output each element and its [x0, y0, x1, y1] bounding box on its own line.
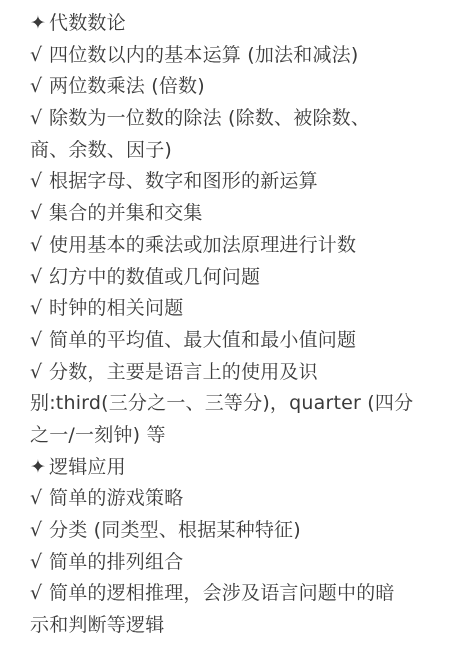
list-item: √四位数以内的基本运算 (加法和减法) [30, 40, 445, 72]
check-icon: √ [30, 293, 49, 325]
line-text: 代数数论 [49, 12, 126, 34]
line-text: 幻方中的数值或几何问题 [49, 266, 260, 288]
star-icon: ✦ [30, 452, 49, 484]
line-text: 分类 (同类型、根据某种特征) [49, 519, 301, 541]
list-item: √除数为一位数的除法 (除数、被除数、 [30, 103, 445, 135]
line-text: 之一/一刻钟) 等 [30, 424, 166, 446]
check-icon: √ [30, 198, 49, 230]
list-item: √简单的逻相推理，会涉及语言问题中的暗 [30, 578, 445, 610]
line-text: 简单的逻相推理，会涉及语言问题中的暗 [49, 582, 395, 604]
line-text: 根据字母、数字和图形的新运算 [49, 170, 318, 192]
list-item: √集合的并集和交集 [30, 198, 445, 230]
check-icon: √ [30, 325, 49, 357]
check-icon: √ [30, 547, 49, 579]
list-item: √时钟的相关问题 [30, 293, 445, 325]
check-icon: √ [30, 230, 49, 262]
line-text: 简单的排列组合 [49, 551, 183, 573]
list-item: √使用基本的乘法或加法原理进行计数 [30, 230, 445, 262]
list-item-continuation: 之一/一刻钟) 等 [30, 420, 445, 452]
line-text: 示和判断等逻辑 [30, 614, 164, 636]
line-text: 别:third(三分之一、三等分)，quarter (四分 [30, 392, 413, 414]
section-heading-algebra: ✦代数数论 [30, 8, 445, 40]
check-icon: √ [30, 166, 49, 198]
check-icon: √ [30, 40, 49, 72]
check-icon: √ [30, 515, 49, 547]
line-text: 时钟的相关问题 [49, 297, 183, 319]
line-text: 分数，主要是语言上的使用及识 [49, 361, 318, 383]
check-icon: √ [30, 262, 49, 294]
list-item-continuation: 别:third(三分之一、三等分)，quarter (四分 [30, 388, 445, 420]
line-text: 简单的平均值、最大值和最小值问题 [49, 329, 356, 351]
list-item: √简单的平均值、最大值和最小值问题 [30, 325, 445, 357]
list-item: √分类 (同类型、根据某种特征) [30, 515, 445, 547]
list-item: √两位数乘法 (倍数) [30, 71, 445, 103]
line-text: 简单的游戏策略 [49, 487, 183, 509]
list-item: √分数，主要是语言上的使用及识 [30, 357, 445, 389]
line-text: 逻辑应用 [49, 456, 126, 478]
check-icon: √ [30, 103, 49, 135]
list-item: √简单的游戏策略 [30, 483, 445, 515]
list-item: √根据字母、数字和图形的新运算 [30, 166, 445, 198]
list-item-continuation: 商、余数、因子) [30, 135, 445, 167]
document-body: ✦代数数论 √四位数以内的基本运算 (加法和减法) √两位数乘法 (倍数) √除… [30, 8, 445, 642]
line-text: 除数为一位数的除法 (除数、被除数、 [49, 107, 370, 129]
check-icon: √ [30, 578, 49, 610]
line-text: 使用基本的乘法或加法原理进行计数 [49, 234, 356, 256]
check-icon: √ [30, 71, 49, 103]
line-text: 商、余数、因子) [30, 139, 172, 161]
line-text: 四位数以内的基本运算 (加法和减法) [49, 44, 358, 66]
section-heading-logic: ✦逻辑应用 [30, 452, 445, 484]
check-icon: √ [30, 483, 49, 515]
line-text: 两位数乘法 (倍数) [49, 75, 205, 97]
list-item: √幻方中的数值或几何问题 [30, 262, 445, 294]
check-icon: √ [30, 357, 49, 389]
star-icon: ✦ [30, 8, 49, 40]
line-text: 集合的并集和交集 [49, 202, 203, 224]
list-item: √简单的排列组合 [30, 547, 445, 579]
list-item-continuation: 示和判断等逻辑 [30, 610, 445, 642]
